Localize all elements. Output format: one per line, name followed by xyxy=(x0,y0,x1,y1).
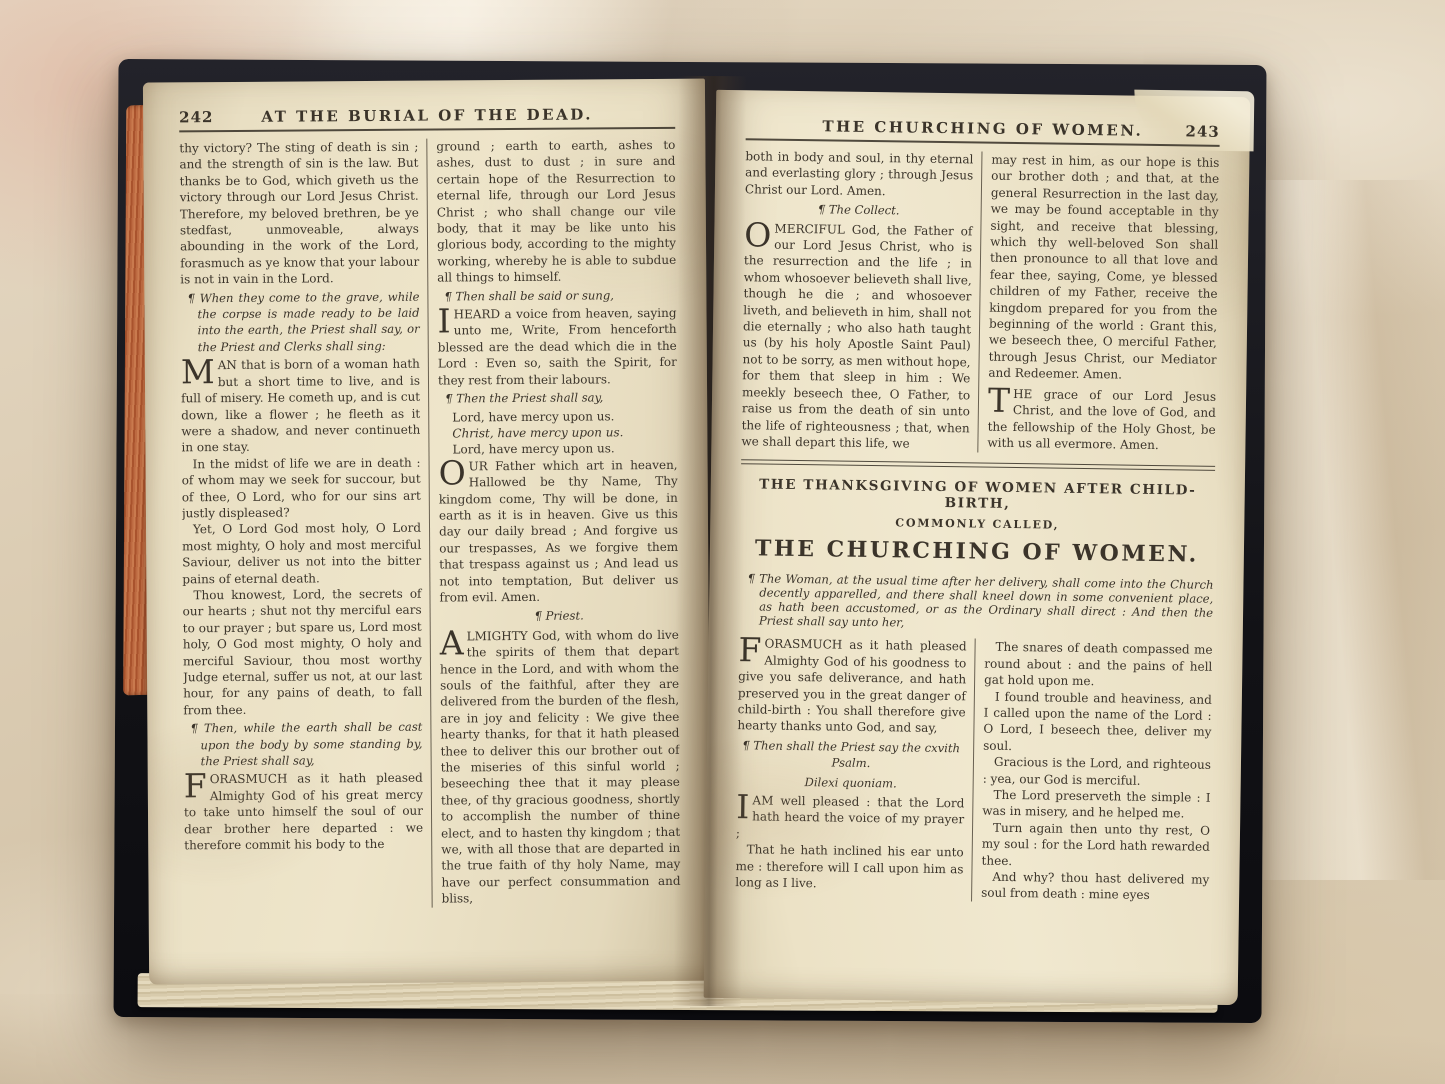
right-page-title: THE CHURCHING OF WOMEN. xyxy=(822,117,1143,139)
psalm-verse-snares: The snares of death compassed me round a… xyxy=(984,639,1213,691)
book-cover: 242 AT THE BURIAL OF THE DEAD. thy victo… xyxy=(113,59,1266,1023)
anthem-thou-knowest: Thou knowest, Lord, the secrets of our h… xyxy=(182,586,422,719)
committal-ground: ground ; earth to earth, ashes to ashes,… xyxy=(436,137,676,286)
anthem-man-born-of-woman: MAN that is born of a woman hath but a s… xyxy=(181,356,421,456)
drop-cap: I xyxy=(736,792,752,820)
burial-continuation: thy victory? The sting of death is sin ;… xyxy=(179,139,419,288)
left-page-number: 242 xyxy=(179,108,213,126)
commonly-called-heading: COMMONLY CALLED, xyxy=(740,515,1214,535)
anthem-midst-of-life: In the midst of life we are in death : o… xyxy=(182,454,421,521)
left-page-columns: thy victory? The sting of death is sin ;… xyxy=(179,137,680,909)
rubric-at-the-grave: ¶ When they come to the grave, while the… xyxy=(180,288,419,355)
left-running-head: 242 AT THE BURIAL OF THE DEAD. xyxy=(179,105,675,132)
right-col-2: may rest in him, as our hope is this our… xyxy=(978,152,1219,457)
right-page-lower-columns: FORASMUCH as it hath pleased Almighty Go… xyxy=(735,635,1213,904)
drop-cap: F xyxy=(738,635,764,663)
rubric-earth-cast: ¶ Then, while the earth shall be cast up… xyxy=(183,719,422,770)
section-divider-rule xyxy=(741,460,1215,472)
drop-cap: I xyxy=(437,306,453,334)
churching-col-2: The snares of death compassed me round a… xyxy=(972,639,1213,905)
collect-continuation: both in body and soul, in thy eternal an… xyxy=(745,148,974,200)
drop-cap: A xyxy=(440,628,467,656)
rubric-said-or-sung: ¶ Then shall be said or sung, xyxy=(437,287,676,305)
left-page: 242 AT THE BURIAL OF THE DEAD. thy victo… xyxy=(143,79,711,985)
psalm-verse-trouble: I found trouble and heaviness, and I cal… xyxy=(983,688,1212,757)
right-col-1: both in body and soul, in thy eternal an… xyxy=(741,148,982,453)
i-heard-a-voice: IHEARD a voice from heaven, saying unto … xyxy=(437,305,677,389)
the-grace: THE grace of our Lord Jesus Christ, and … xyxy=(987,385,1216,454)
drop-cap: O xyxy=(744,220,774,248)
rubric-priest: ¶ Priest. xyxy=(440,607,679,625)
right-page: THE CHURCHING OF WOMEN. 243 both in body… xyxy=(704,90,1251,1005)
psalm-verse-and-why: And why? thou hast delivered my soul fro… xyxy=(981,869,1209,905)
anthem-yet-o-lord: Yet, O Lord God most holy, O Lord most m… xyxy=(182,520,421,587)
lords-prayer: OUR Father which art in heaven, Hallowed… xyxy=(439,457,679,606)
rubric-the-woman: ¶ The Woman, at the usual time after her… xyxy=(739,572,1214,635)
prayer-almighty-god: ALMIGHTY God, with whom do live the spir… xyxy=(440,627,681,908)
collect-o-merciful-god: OMERCIFUL God, the Father of our Lord Je… xyxy=(741,220,972,453)
psalm-verse-inclined-ear: That he hath inclined his ear unto me : … xyxy=(735,841,964,893)
drop-cap: F xyxy=(184,772,210,800)
collect-may-rest: may rest in him, as our hope is this our… xyxy=(988,152,1219,385)
psalm-i-am-well-pleased: IAM well pleased : that the Lord hath he… xyxy=(736,792,965,844)
rubric-the-collect: ¶ The Collect. xyxy=(745,200,973,220)
thanksgiving-heading: THE THANKSGIVING OF WOMEN AFTER CHILD-BI… xyxy=(740,477,1214,516)
churching-col-1: FORASMUCH as it hath pleased Almighty Go… xyxy=(735,635,976,901)
churching-of-women-heading: THE CHURCHING OF WOMEN. xyxy=(740,536,1214,569)
committal-forasmuch: FORASMUCH as it hath pleased Almighty Go… xyxy=(184,770,424,854)
drop-cap: M xyxy=(181,357,218,385)
psalm-verse-gracious: Gracious is the Lord, and righteous : ye… xyxy=(983,754,1211,790)
kyrie-line-2: Christ, have mercy upon us. xyxy=(438,424,677,442)
left-col-1: thy victory? The sting of death is sin ;… xyxy=(179,139,432,909)
drop-cap: O xyxy=(439,458,469,486)
psalm-verse-turn-again: Turn again then unto thy rest, O my soul… xyxy=(981,819,1210,871)
rubric-cxvith-psalm: ¶ Then shall the Priest say the cxvith P… xyxy=(737,737,965,773)
kyrie-line-3: Lord, have mercy upon us. xyxy=(438,440,677,458)
photo-background: { "left_page": { "page_number": "242", "… xyxy=(0,0,1445,1084)
right-page-top-columns: both in body and soul, in thy eternal an… xyxy=(741,148,1219,456)
left-page-title: AT THE BURIAL OF THE DEAD. xyxy=(261,105,593,125)
left-col-2: ground ; earth to earth, ashes to ashes,… xyxy=(427,137,680,907)
rubric-priest-shall-say: ¶ Then the Priest shall say, xyxy=(438,389,677,407)
right-page-number: 243 xyxy=(1185,122,1220,140)
psalm-latin-title: Dilexi quoniam. xyxy=(737,773,965,793)
kyrie-line-1: Lord, have mercy upon us. xyxy=(438,407,677,425)
churching-forasmuch: FORASMUCH as it hath pleased Almighty Go… xyxy=(737,635,966,737)
psalm-verse-preserveth: The Lord preserveth the simple : I was i… xyxy=(982,787,1210,823)
drop-cap: T xyxy=(988,385,1013,413)
